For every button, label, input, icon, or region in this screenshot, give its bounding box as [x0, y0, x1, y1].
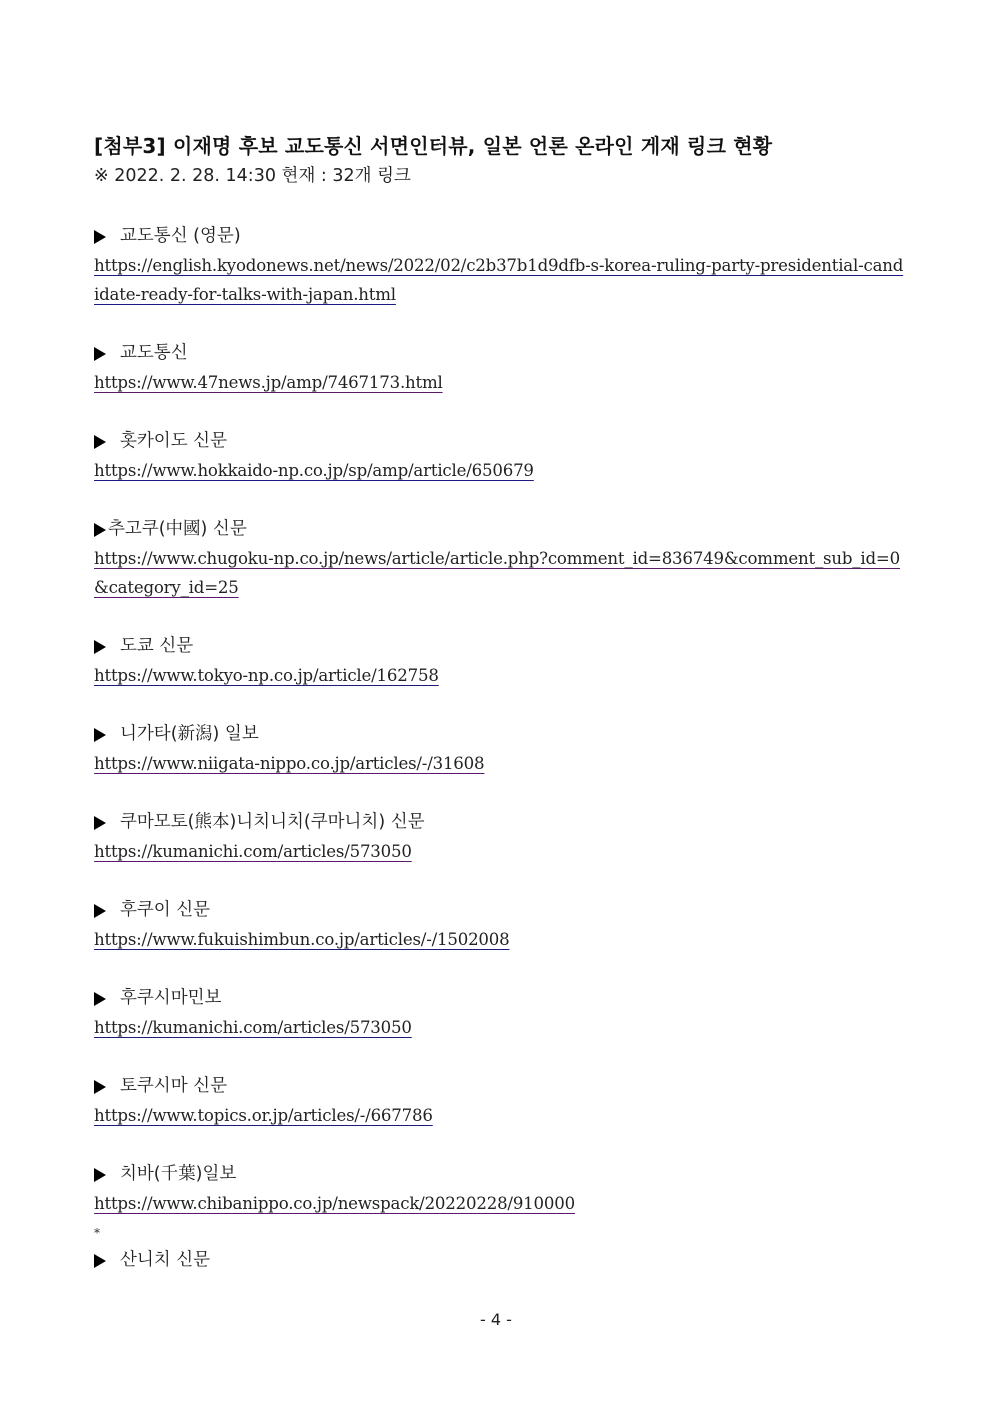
- triangle-bullet-icon: [94, 435, 106, 449]
- triangle-bullet-icon: [94, 230, 106, 244]
- article-link[interactable]: https://www.47news.jp/amp/7467173.html: [94, 368, 904, 397]
- triangle-bullet-icon: [94, 640, 106, 654]
- triangle-bullet-icon: [94, 1254, 106, 1268]
- article-link[interactable]: https://www.niigata-nippo.co.jp/articles…: [94, 749, 904, 778]
- list-item: 도쿄 신문 https://www.tokyo-np.co.jp/article…: [94, 632, 904, 690]
- page-number: - 4 -: [0, 1310, 992, 1329]
- document-page: [첨부3] 이재명 후보 교도통신 서면인터뷰, 일본 언론 온라인 게재 링크…: [94, 128, 904, 1305]
- article-link[interactable]: https://www.chibanippo.co.jp/newspack/20…: [94, 1189, 904, 1218]
- page-title: [첨부3] 이재명 후보 교도통신 서면인터뷰, 일본 언론 온라인 게재 링크…: [94, 128, 904, 164]
- outlet-name: 산니치 신문: [120, 1246, 210, 1275]
- list-item: 니가타(新潟) 일보 https://www.niigata-nippo.co.…: [94, 720, 904, 778]
- list-item: 교도통신 (영문) https://english.kyodonews.net/…: [94, 222, 904, 309]
- triangle-bullet-icon: [94, 992, 106, 1006]
- list-item: 교도통신 https://www.47news.jp/amp/7467173.h…: [94, 339, 904, 397]
- list-item: 쿠마모토(熊本)니치니치(쿠마니치) 신문 https://kumanichi.…: [94, 808, 904, 866]
- article-link[interactable]: https://www.chugoku-np.co.jp/news/articl…: [94, 544, 904, 602]
- article-link[interactable]: https://www.topics.or.jp/articles/-/6677…: [94, 1101, 904, 1130]
- outlet-name: 후쿠이 신문: [120, 896, 210, 925]
- article-link[interactable]: https://www.hokkaido-np.co.jp/sp/amp/art…: [94, 456, 904, 485]
- article-link[interactable]: https://kumanichi.com/articles/573050: [94, 1013, 904, 1042]
- list-item: 후쿠시마민보 https://kumanichi.com/articles/57…: [94, 984, 904, 1042]
- outlet-name: 추고쿠(中國) 신문: [108, 515, 247, 544]
- list-item: 홋카이도 신문 https://www.hokkaido-np.co.jp/sp…: [94, 427, 904, 485]
- asterisk-mark: *: [94, 1220, 904, 1246]
- list-item: 추고쿠(中國) 신문 https://www.chugoku-np.co.jp/…: [94, 515, 904, 602]
- triangle-bullet-icon: [94, 1080, 106, 1094]
- outlet-name: 니가타(新潟) 일보: [120, 720, 259, 749]
- triangle-bullet-icon: [94, 1168, 106, 1182]
- page-subtitle: ※ 2022. 2. 28. 14:30 현재 : 32개 링크: [94, 164, 904, 188]
- article-link[interactable]: https://www.fukuishimbun.co.jp/articles/…: [94, 925, 904, 954]
- triangle-bullet-icon: [94, 347, 106, 361]
- outlet-name: 교도통신 (영문): [120, 222, 241, 251]
- outlet-name: 도쿄 신문: [120, 632, 193, 661]
- list-item: 토쿠시마 신문 https://www.topics.or.jp/article…: [94, 1072, 904, 1130]
- triangle-bullet-icon: [94, 728, 106, 742]
- list-item: 후쿠이 신문 https://www.fukuishimbun.co.jp/ar…: [94, 896, 904, 954]
- article-link[interactable]: https://www.tokyo-np.co.jp/article/16275…: [94, 661, 904, 690]
- triangle-bullet-icon: [94, 523, 106, 537]
- list-item: 산니치 신문: [94, 1246, 904, 1275]
- triangle-bullet-icon: [94, 904, 106, 918]
- outlet-name: 치바(千葉)일보: [120, 1160, 236, 1189]
- article-link[interactable]: https://kumanichi.com/articles/573050: [94, 837, 904, 866]
- outlet-name: 토쿠시마 신문: [120, 1072, 227, 1101]
- list-item: 치바(千葉)일보 https://www.chibanippo.co.jp/ne…: [94, 1160, 904, 1218]
- outlet-name: 후쿠시마민보: [120, 984, 221, 1013]
- triangle-bullet-icon: [94, 816, 106, 830]
- article-link[interactable]: https://english.kyodonews.net/news/2022/…: [94, 251, 904, 309]
- outlet-name: 교도통신: [120, 339, 188, 368]
- outlet-name: 쿠마모토(熊本)니치니치(쿠마니치) 신문: [120, 808, 425, 837]
- outlet-name: 홋카이도 신문: [120, 427, 227, 456]
